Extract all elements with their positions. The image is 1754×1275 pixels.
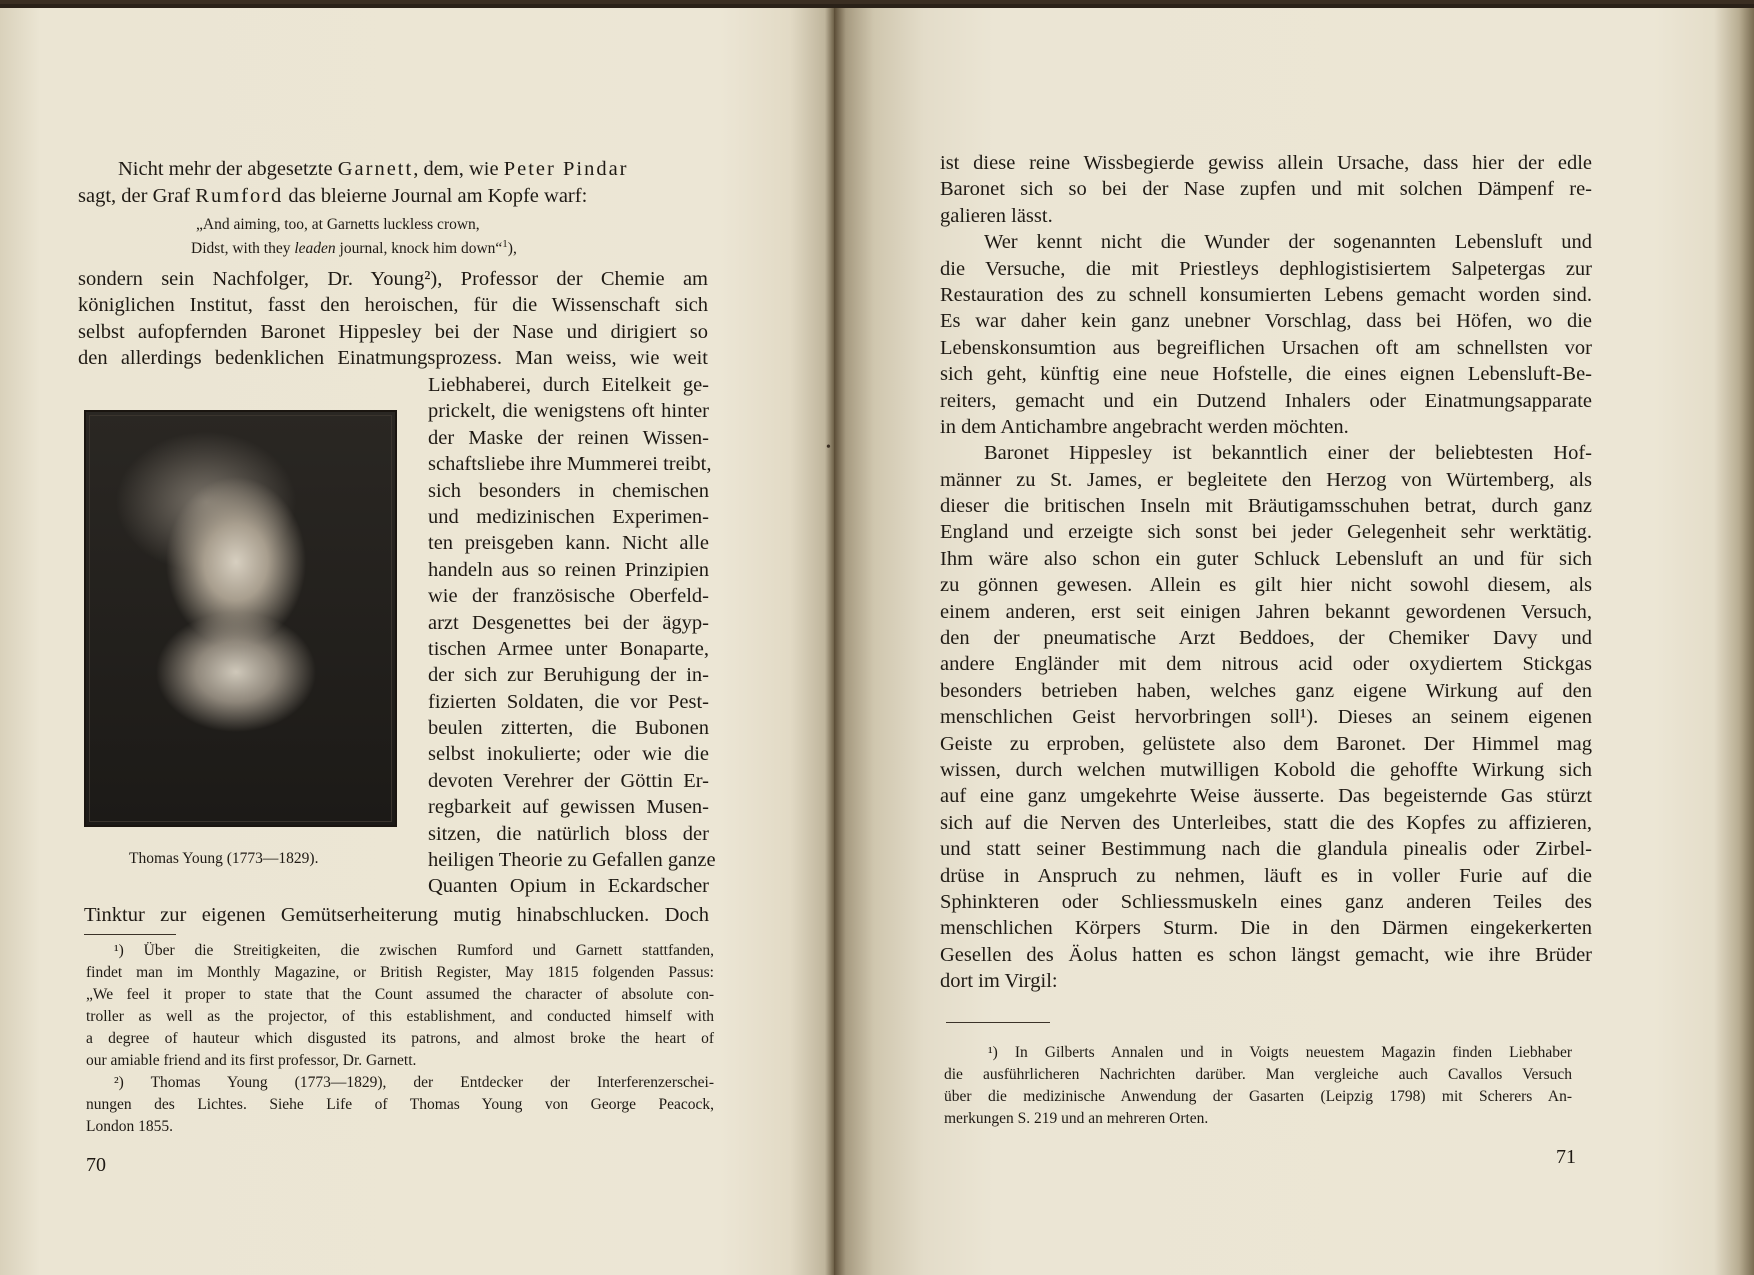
page-number-left: 70 [86, 1154, 106, 1177]
name-garnett: Garnett [338, 158, 413, 180]
right-page: • ist diese reine Wissbegierde gewiss al… [834, 4, 1754, 1275]
portrait-image-thomas-young [84, 410, 397, 827]
left-page: Nicht mehr der abgesetzte Garnett, dem, … [0, 4, 834, 1275]
footnote-2: ²) Thomas Young (1773—1829), der Entdeck… [86, 1072, 714, 1138]
quote-line-2: Didst, with they leaden journal, knock h… [191, 238, 517, 260]
footnote-divider-right [946, 1022, 1050, 1023]
right-body-text: ist diese reine Wissbegierde gewiss alle… [940, 150, 1592, 995]
opening-line-2: sagt, der Graf Rumford das bleierne Jour… [78, 183, 587, 209]
footnote-divider [84, 934, 176, 935]
full-width-paragraph: sondern sein Nachfolger, Dr. Young²), Pr… [78, 266, 708, 372]
closing-line: Tinktur zur eigenen Gemütserheiterung mu… [84, 902, 709, 928]
footnote-1: ¹) Über die Streitigkeiten, die zwischen… [86, 940, 714, 1072]
right-footnote: ¹) In Gilberts Annalen und in Voigts neu… [944, 1042, 1572, 1130]
book-spread: Nicht mehr der abgesetzte Garnett, dem, … [0, 0, 1754, 1275]
binding-mark: • [826, 440, 831, 456]
name-peter-pindar: Peter Pindar [504, 158, 629, 180]
figure-caption: Thomas Young (1773—1829). [129, 848, 318, 870]
page-number-right: 71 [1556, 1146, 1576, 1169]
opening-line-1: Nicht mehr der abgesetzte Garnett, dem, … [118, 156, 629, 182]
quote-line-1: „And aiming, too, at Garnetts luckless c… [196, 214, 480, 236]
narrow-column-text: Liebhaberei, durch Eitelkeit ge- prickel… [428, 372, 709, 900]
